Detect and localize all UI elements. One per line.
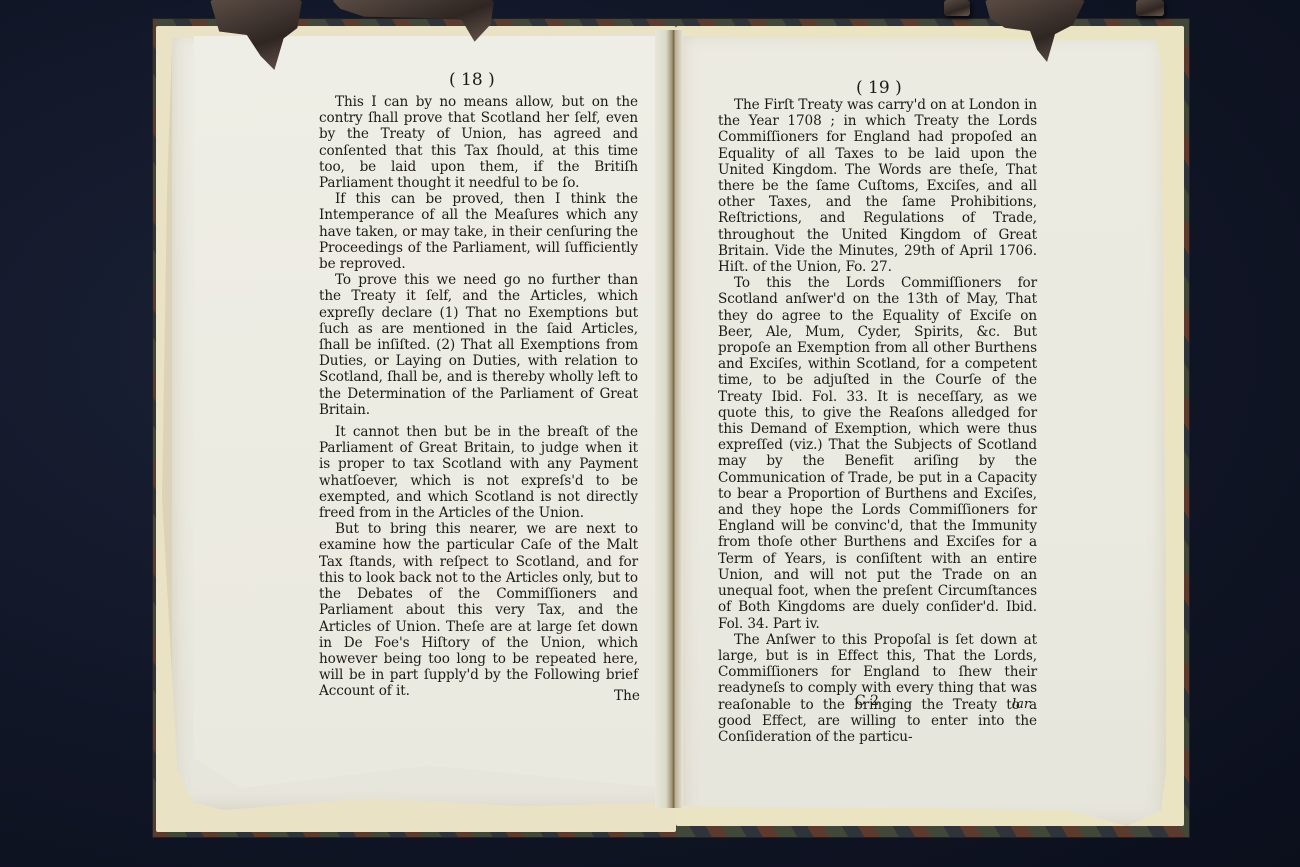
- book-gutter: [655, 30, 683, 808]
- paragraph: If this can be proved, then I think the …: [319, 191, 638, 272]
- paragraph: The Anſwer to this Propoſal is ſet down …: [718, 632, 1037, 745]
- catchword-left: The: [614, 688, 640, 704]
- signature-mark: C 2: [855, 693, 879, 709]
- paragraph: To prove this we need go no further than…: [319, 272, 638, 418]
- page-clip-right-1: [944, 0, 970, 16]
- paragraph: This I can by no means allow, but on the…: [319, 94, 638, 191]
- paragraph: To this the Lords Commiſſioners for Scot…: [718, 275, 1037, 631]
- page-number-right: ( 19 ): [856, 78, 902, 98]
- left-page-text: This I can by no means allow, but on the…: [319, 94, 638, 700]
- paragraph: But to bring this nearer, we are next to…: [319, 521, 638, 699]
- catchword-right: lar: [1012, 697, 1030, 712]
- paragraph: It cannot then but be in the breaſt of t…: [319, 424, 638, 521]
- page-number-left: ( 18 ): [449, 70, 495, 90]
- paragraph: The Firſt Treaty was carry'd on at Londo…: [718, 97, 1037, 275]
- right-page-text: The Firſt Treaty was carry'd on at Londo…: [718, 97, 1037, 745]
- page-clip-right-3: [1136, 0, 1164, 16]
